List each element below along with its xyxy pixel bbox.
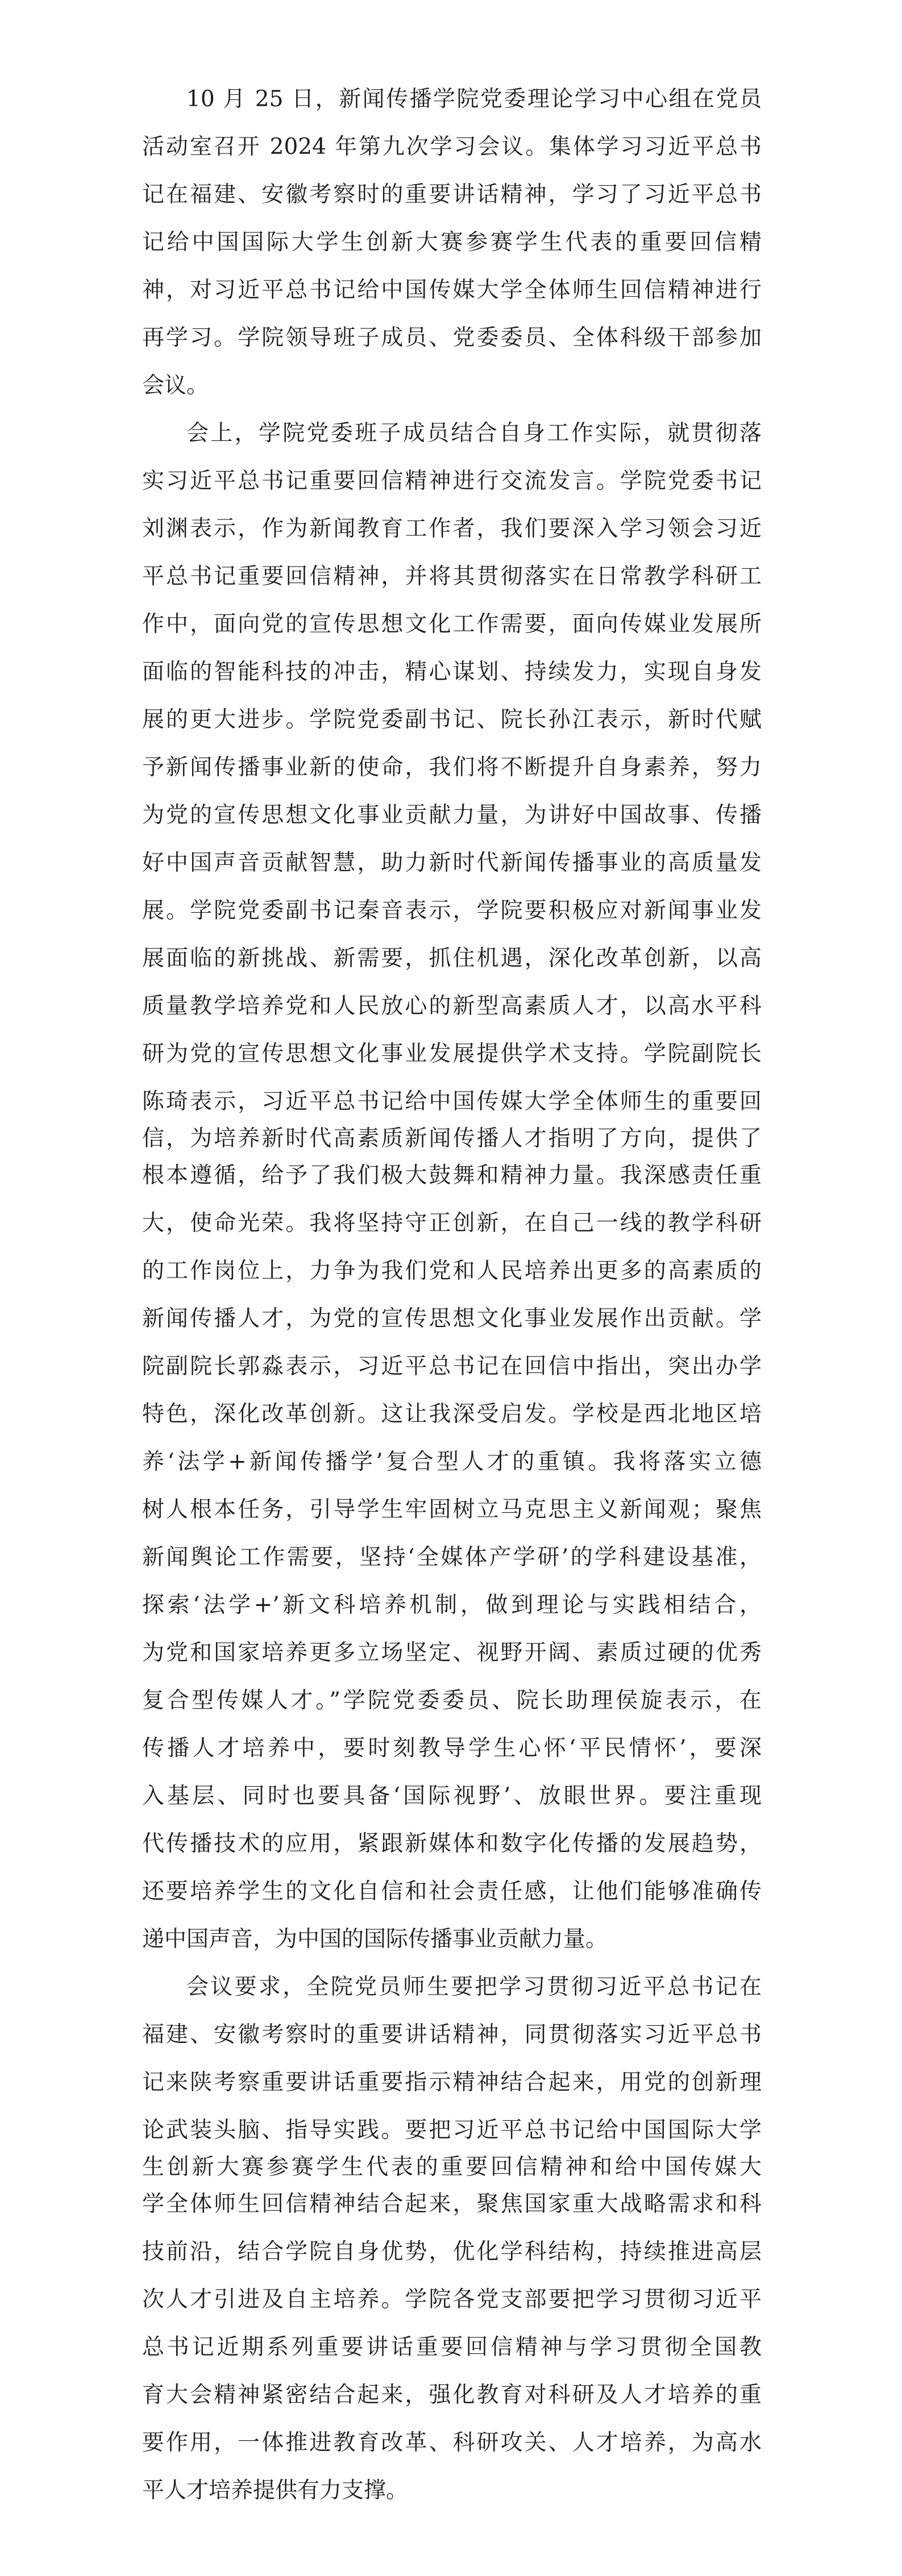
text-line: 论武装头脑、指导实践。要把习近平总书记给中国国际大学	[142, 2107, 762, 2154]
text-line: 记在福建、安徽考察时的重要讲话精神，学习了习近平总书	[142, 171, 762, 219]
text-line: 作中，面向党的宣传思想文化工作需要，面向传媒业发展所	[142, 601, 762, 648]
text-line: 新闻传播人才，为党的宣传思想文化事业发展作出贡献。学	[142, 1295, 762, 1343]
document-page: 10 月 25 日，新闻传播学院党委理论学习中心组在党员活动室召开 2024 年…	[0, 0, 902, 2576]
text-line: 为党和国家培养更多立场坚定、视野开阔、素质过硬的优秀	[142, 1629, 762, 1677]
text-line: 研为党的宣传思想文化事业发展提供学术支持。学院副院长	[142, 1030, 762, 1078]
text-line: 学全体师生回信精神结合起来，聚焦国家重大战略需求和科	[142, 2180, 762, 2228]
text-line: 平人才培养提供有力支撑。	[142, 2467, 762, 2515]
text-line: 福建、安徽考察时的重要讲话精神，同贯彻落实习近平总书	[142, 2011, 762, 2059]
text-line: 树人根本任务，引导学生牢固树立马克思主义新闻观；聚焦	[142, 1486, 762, 1534]
text-line: 复合型传媒人才。”学院党委委员、院长助理侯旋表示，在	[142, 1677, 762, 1725]
text-line: 予新闻传播事业新的使命，我们将不断提升自身素养，努力	[142, 744, 762, 792]
text-line: 根本遵循，给予了我们极大鼓舞和精神力量。我深感责任重	[142, 1152, 762, 1200]
text-line: 记来陕考察重要讲话重要指示精神结合起来，用党的创新理	[142, 2059, 762, 2107]
text-line: 新闻舆论工作需要，坚持‘全媒体产学研’的学科建设基准，	[142, 1534, 762, 1582]
text-line: 会议要求，全院党员师生要把学习贯彻习近平总书记在	[142, 1963, 762, 2011]
text-line: 平总书记重要回信精神，并将其贯彻落实在日常教学科研工	[142, 553, 762, 601]
text-line: 刘渊表示，作为新闻教育工作者，我们要深入学习领会习近	[142, 505, 762, 553]
text-line: 院副院长郭淼表示，习近平总书记在回信中指出，突出办学	[142, 1343, 762, 1391]
text-line: 陈琦表示，习近平总书记给中国传媒大学全体师生的重要回	[142, 1078, 762, 1126]
text-line: 展面临的新挑战、新需要，抓住机遇，深化改革创新，以高	[142, 935, 762, 983]
text-line: 探索‘法学+’新文科培养机制，做到理论与实践相结合，	[142, 1582, 762, 1629]
text-line: 特色，深化改革创新。这让我深受启发。学校是西北地区培	[142, 1391, 762, 1438]
text-line: 总书记近期系列重要讲话重要回信精神与学习贯彻全国教	[142, 2324, 762, 2371]
text-line: 展。学院党委副书记秦音表示，学院要积极应对新闻事业发	[142, 887, 762, 935]
paragraph-3: 会议要求，全院党员师生要把学习贯彻习近平总书记在福建、安徽考察时的重要讲话精神，…	[142, 1963, 762, 2515]
text-line: 面临的智能科技的冲击，精心谋划、持续发力，实现自身发	[142, 648, 762, 696]
text-line: 技前沿，结合学院自身优势，优化学科结构，持续推进高层	[142, 2228, 762, 2276]
text-line: 递中国声音，为中国的国际传播事业贡献力量。	[142, 1916, 762, 1963]
text-line: 神，对习近平总书记给中国传媒大学全体师生回信精神进行	[142, 267, 762, 314]
text-line: 再学习。学院领导班子成员、党委委员、全体科级干部参加	[142, 314, 762, 362]
paragraph-2: 会上，学院党委班子成员结合自身工作实际，就贯彻落实习近平总书记重要回信精神进行交…	[142, 410, 762, 1963]
text-line: 展的更大进步。学院党委副书记、院长孙江表示，新时代赋	[142, 696, 762, 744]
text-line: 入基层、同时也要具备‘国际视野’、放眼世界。要注重现	[142, 1772, 762, 1820]
text-line: 生创新大赛参赛学生代表的重要回信精神和给中国传媒大	[142, 2154, 762, 2180]
text-line: 记给中国国际大学生创新大赛参赛学生代表的重要回信精	[142, 219, 762, 267]
text-line: 好中国声音贡献智慧，助力新时代新闻传播事业的高质量发	[142, 839, 762, 887]
text-line: 大，使命光荣。我将坚持守正创新，在自己一线的教学科研	[142, 1200, 762, 1247]
text-line: 代传播技术的应用，紧跟新媒体和数字化传播的发展趋势，	[142, 1820, 762, 1868]
text-line: 育大会精神紧密结合起来，强化教育对科研及人才培养的重	[142, 2371, 762, 2419]
text-line: 要作用，一体推进教育改革、科研攻关、人才培养，为高水	[142, 2419, 762, 2467]
text-line: 信，为培养新时代高素质新闻传播人才指明了方向，提供了	[142, 1126, 762, 1152]
text-line: 质量教学培养党和人民放心的新型高素质人才，以高水平科	[142, 983, 762, 1030]
text-line: 传播人才培养中，要时刻教导学生心怀‘平民情怀’，要深	[142, 1725, 762, 1772]
text-line: 养‘法学+新闻传播学’复合型人才的重镇。我将落实立德	[142, 1438, 762, 1486]
text-line: 还要培养学生的文化自信和社会责任感，让他们能够准确传	[142, 1868, 762, 1916]
text-line: 为党的宣传思想文化事业贡献力量，为讲好中国故事、传播	[142, 792, 762, 839]
text-line: 实习近平总书记重要回信精神进行交流发言。学院党委书记	[142, 457, 762, 505]
paragraph-1: 10 月 25 日，新闻传播学院党委理论学习中心组在党员活动室召开 2024 年…	[142, 76, 762, 410]
text-line: 活动室召开 2024 年第九次学习会议。集体学习习近平总书	[142, 123, 762, 171]
text-line: 10 月 25 日，新闻传播学院党委理论学习中心组在党员	[142, 76, 762, 123]
document-text-block: 10 月 25 日，新闻传播学院党委理论学习中心组在党员活动室召开 2024 年…	[142, 76, 762, 2515]
text-line: 的工作岗位上，力争为我们党和人民培养出更多的高素质的	[142, 1247, 762, 1295]
text-line: 会上，学院党委班子成员结合自身工作实际，就贯彻落	[142, 410, 762, 457]
text-line: 次人才引进及自主培养。学院各党支部要把学习贯彻习近平	[142, 2276, 762, 2324]
text-line: 会议。	[142, 362, 762, 410]
